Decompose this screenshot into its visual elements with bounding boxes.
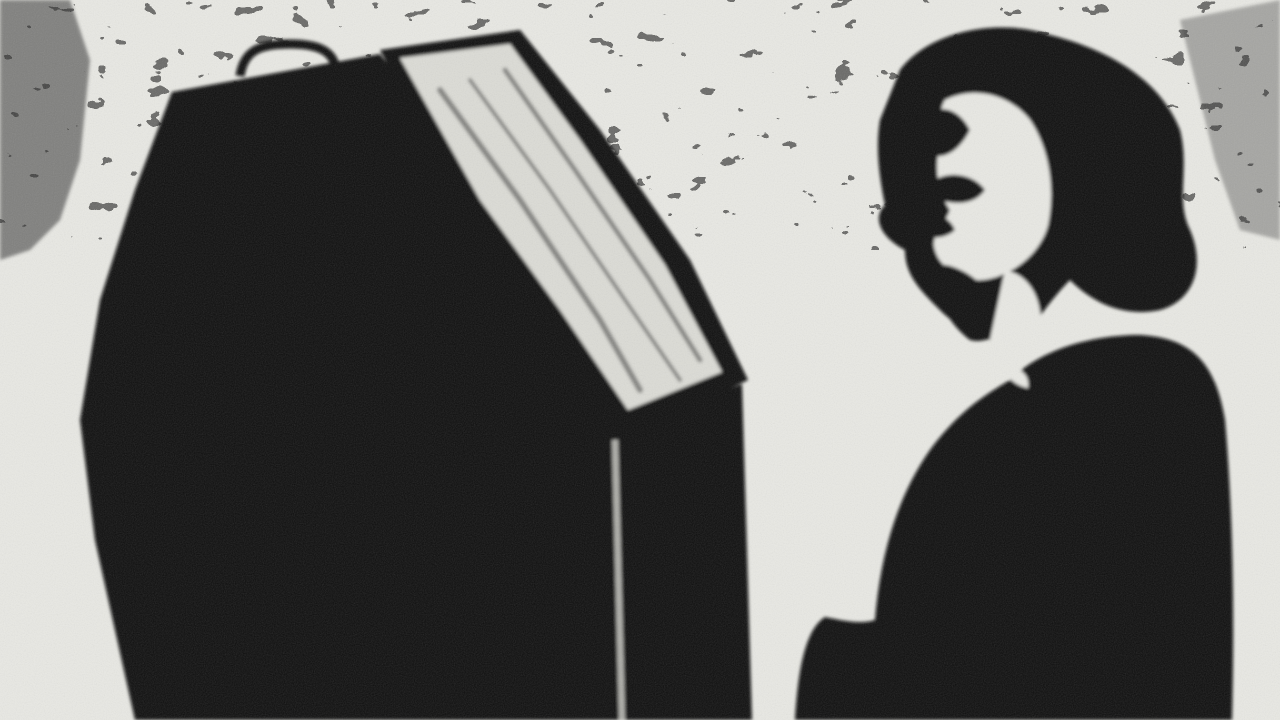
film-still: [0, 0, 1280, 720]
film-grain: [0, 0, 1280, 720]
